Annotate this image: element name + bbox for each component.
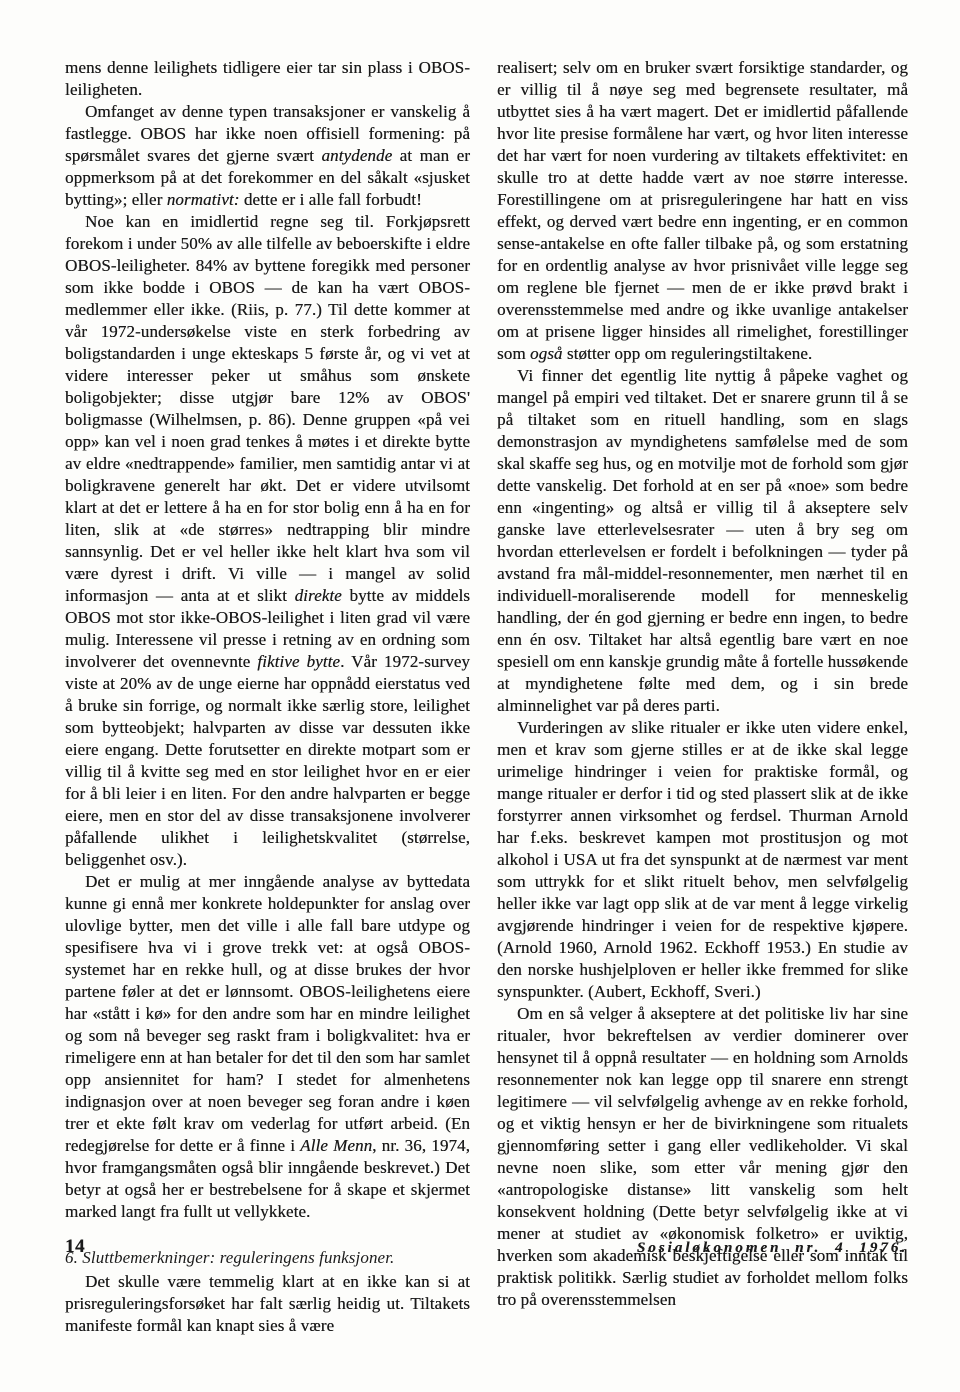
- page-number: 14: [65, 1236, 85, 1258]
- text-run: dette er i alle fall forbudt!: [239, 190, 421, 209]
- body-paragraph: Det skulle være temmelig klart at en ikk…: [65, 1271, 470, 1337]
- text-run: Om en så velger å akseptere at det polit…: [497, 1004, 908, 1309]
- text-run: støtter opp om reguleringstiltakene.: [563, 344, 813, 363]
- body-paragraph: Omfanget av denne typen transaksjoner er…: [65, 101, 470, 211]
- body-paragraph: mens denne leilighets tidligere eier tar…: [65, 57, 470, 101]
- scanned-journal-page: mens denne leilighets tidligere eier tar…: [0, 0, 960, 1392]
- text-run: Noe kan en imidlertid regne seg til. For…: [65, 212, 470, 605]
- text-run: mens denne leilighets tidligere eier tar…: [65, 58, 470, 99]
- text-run: . Vår 1972-survey viste at 20% av de ung…: [65, 652, 470, 869]
- emphasized-text: fiktive bytte: [257, 652, 340, 671]
- body-paragraph: Noe kan en imidlertid regne seg til. For…: [65, 211, 470, 871]
- emphasized-text: direkte: [295, 586, 342, 605]
- body-paragraph: realisert; selv om en bruker svært forsi…: [497, 57, 908, 365]
- journal-issue-line: Sosialøkonomen nr. 4 1976.: [637, 1240, 908, 1257]
- body-paragraph: Det er mulig at mer inngående analyse av…: [65, 871, 470, 1223]
- body-paragraph: Vurderingen av slike ritualer er ikke ut…: [497, 717, 908, 1003]
- body-paragraph: Om en så velger å akseptere at det polit…: [497, 1003, 908, 1311]
- text-run: Vi finner det egentlig lite nyttig å påp…: [497, 366, 908, 715]
- emphasized-text: også: [530, 344, 563, 363]
- text-run: Det skulle være temmelig klart at en ikk…: [65, 1272, 470, 1335]
- text-run: realisert; selv om en bruker svært forsi…: [497, 58, 908, 363]
- emphasized-text: Alle Menn: [300, 1136, 372, 1155]
- text-run: Det er mulig at mer inngående analyse av…: [65, 872, 470, 1155]
- right-column: realisert; selv om en bruker svært forsi…: [497, 57, 908, 1337]
- text-run: Vurderingen av slike ritualer er ikke ut…: [497, 718, 908, 1001]
- emphasized-text: normativt:: [167, 190, 240, 209]
- left-column: mens denne leilighets tidligere eier tar…: [65, 57, 470, 1337]
- two-column-text-block: mens denne leilighets tidligere eier tar…: [65, 57, 908, 1337]
- body-paragraph: Vi finner det egentlig lite nyttig å påp…: [497, 365, 908, 717]
- emphasized-text: antydende: [321, 146, 392, 165]
- page-footer: 14 Sosialøkonomen nr. 4 1976.: [65, 1236, 908, 1258]
